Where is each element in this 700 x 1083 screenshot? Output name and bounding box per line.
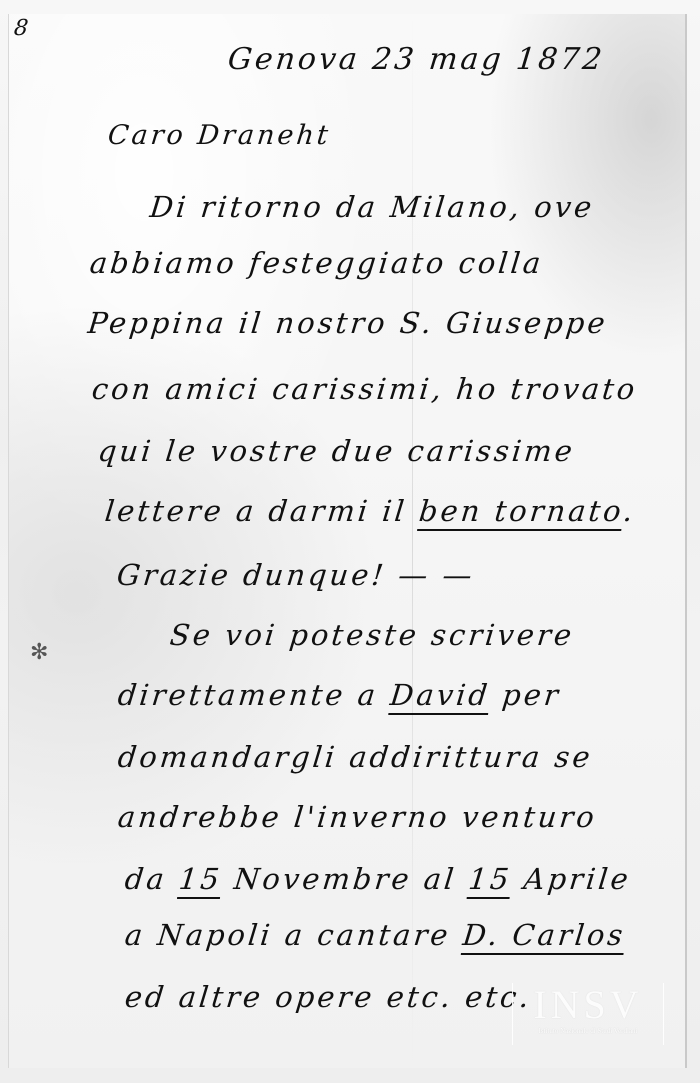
underlined-phrase: David [389,678,492,712]
letter-line: domandargli addirittura se [116,740,594,774]
letter-line: abbiamo festeggiato colla [88,246,545,280]
page-number: 8 [13,16,30,41]
letter-line: Peppina il nostro S. Giuseppe [86,306,609,340]
letter-line: con amici carissimi, ho trovato [90,372,639,406]
letter-line: Grazie dunque! — — [115,558,476,592]
letter-line-text: da 15 Novembre al 15 Aprile [123,862,632,896]
institution-watermark: INSV Istituto Nazionale di Studi Verdian… [512,983,664,1045]
watermark-subtitle: Istituto Nazionale di Studi Verdiani [513,1027,663,1036]
letter-line: Di ritorno da Milano, ove [148,190,596,224]
underlined-phrase: 15 [467,862,513,896]
letter-line-text: a Napoli a cantare D. Carlos [123,918,627,952]
letter-line: lettere a darmi il ben tornato. [103,494,637,528]
salutation: Caro Draneht [106,120,332,151]
letter-line: a Napoli a cantare D. Carlos [123,918,627,952]
letter-line: andrebbe l'inverno venturo [116,800,598,834]
archive-stamp-icon: ✻ [30,640,78,676]
letter-line: qui le vostre due carissime [96,434,577,468]
date-line: Genova 23 mag 1872 [226,42,606,77]
letter-line: Se voi poteste scrivere [168,618,576,652]
letter-line: ed altre opere etc. etc. [123,980,533,1014]
paper-fold-line [412,14,413,1068]
underlined-phrase: D. Carlos [461,918,627,952]
letter-line-text: lettere a darmi il ben tornato. [103,494,637,528]
underlined-phrase: 15 [177,862,223,896]
letter-line: da 15 Novembre al 15 Aprile [123,862,632,896]
watermark-logo: INSV [513,983,663,1027]
underlined-phrase: ben tornato [417,494,625,528]
letter-line: direttamente a David per [116,678,562,712]
letter-sheet [8,14,687,1068]
letter-line-text: direttamente a David per [116,678,562,712]
